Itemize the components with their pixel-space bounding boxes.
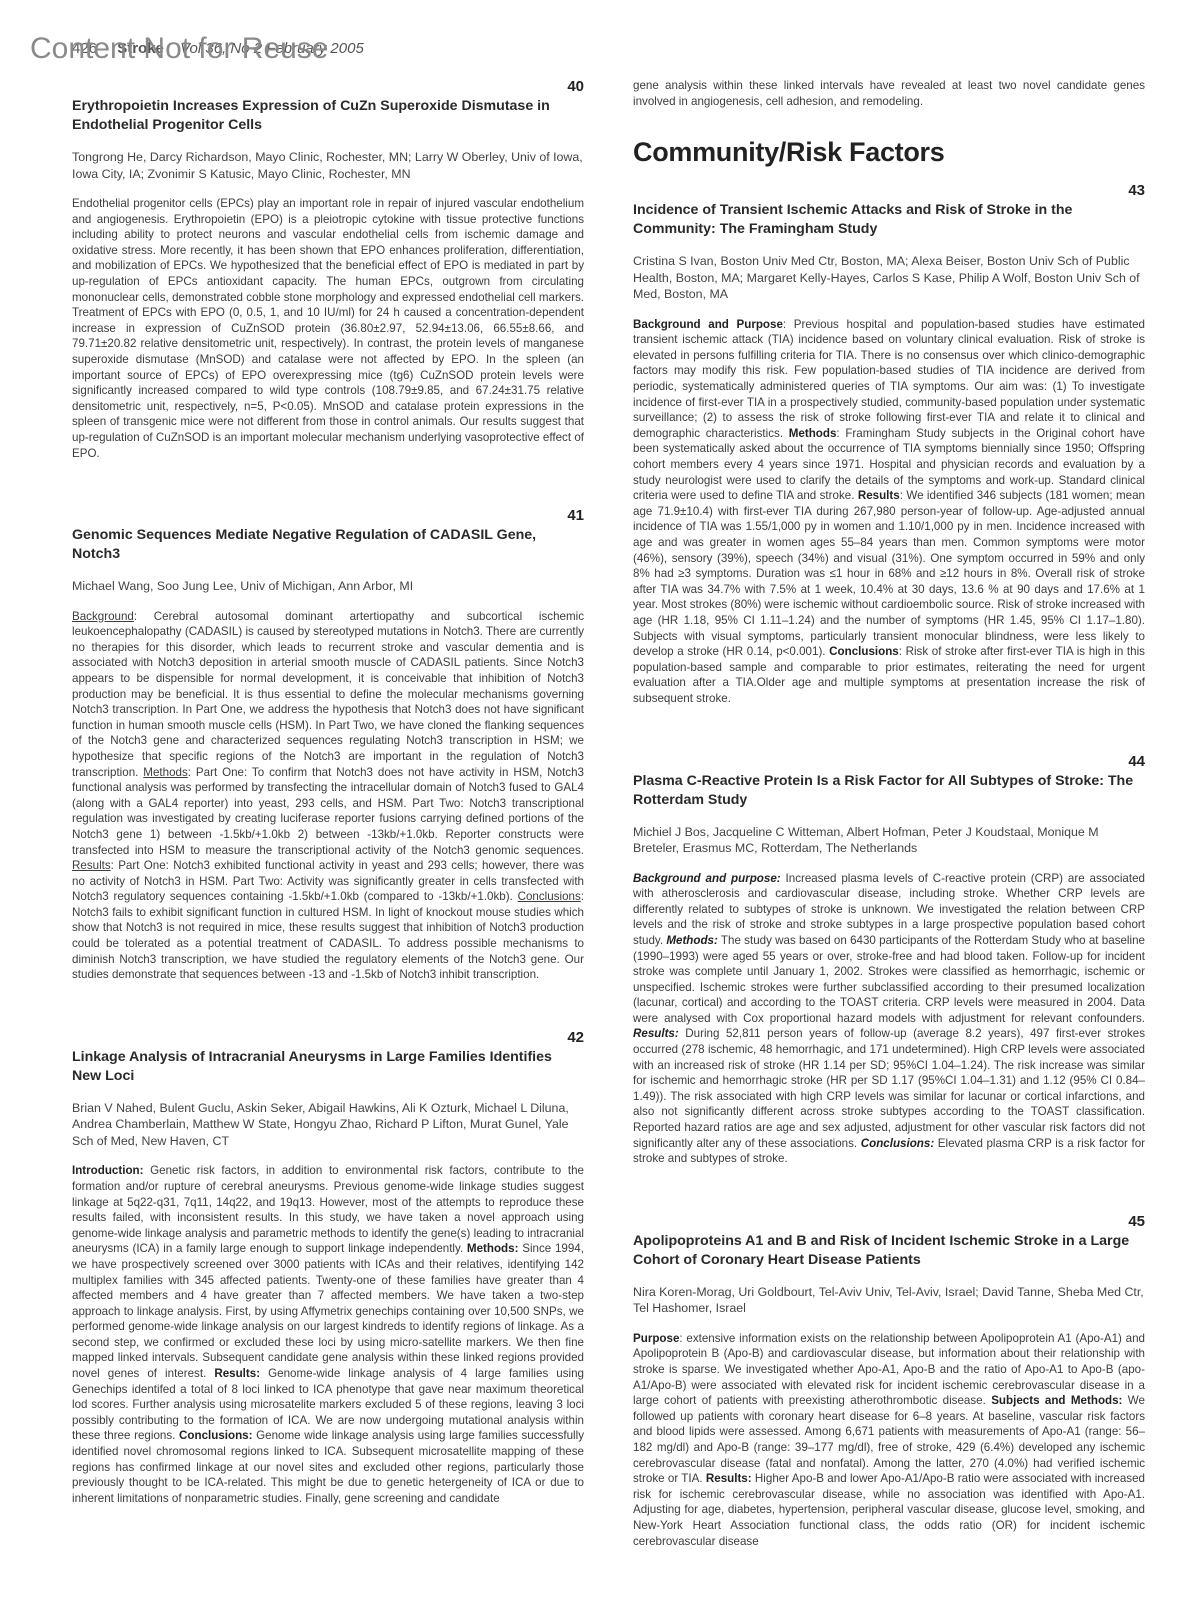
abstract-title: Plasma C-Reactive Protein Is a Risk Fact…: [633, 772, 1145, 810]
abstract-authors: Michael Wang, Soo Jung Lee, Univ of Mich…: [72, 578, 584, 595]
abstract-authors: Michiel J Bos, Jacqueline C Witteman, Al…: [633, 824, 1145, 857]
abstract-title: Genomic Sequences Mediate Negative Regul…: [72, 526, 584, 564]
abstract-body: Purpose: extensive information exists on…: [633, 1331, 1145, 1549]
abstract-title: Erythropoietin Increases Expression of C…: [72, 97, 584, 135]
section-label-conclusions: Conclusions:: [179, 1429, 252, 1442]
methods-text: : Part One: To confirm that Notch3 does …: [72, 766, 584, 857]
background-text: : Previous hospital and population-based…: [633, 318, 1145, 440]
abstract-body: Background and purpose: Increased plasma…: [633, 871, 1145, 1167]
section-label-background: Background: [72, 610, 134, 623]
abstract-45: 45 Apolipoproteins A1 and B and Risk of …: [633, 1213, 1145, 1549]
section-label-results: Results:: [633, 1027, 679, 1040]
results-text: During 52,811 person years of follow-up …: [633, 1027, 1145, 1149]
section-label-methods: Methods:: [467, 1242, 519, 1255]
section-heading: Community/Risk Factors: [633, 137, 1145, 168]
abstract-number: 41: [72, 507, 584, 524]
section-label-conclusions: Conclusions: [518, 890, 581, 903]
abstract-body: Background and Purpose: Previous hospita…: [633, 317, 1145, 707]
section-label-background: Background and purpose:: [633, 872, 781, 885]
section-label-conclusions: Conclusions: [829, 645, 899, 658]
abstract-authors: Brian V Nahed, Bulent Guclu, Askin Seker…: [72, 1100, 584, 1150]
section-label-results: Results:: [706, 1472, 752, 1485]
section-label-methods: Methods: [789, 427, 837, 440]
abstract-authors: Tongrong He, Darcy Richardson, Mayo Clin…: [72, 149, 584, 182]
section-label-methods: Methods: [143, 766, 187, 779]
left-column: 40 Erythropoietin Increases Expression o…: [72, 78, 584, 1544]
abstract-authors: Nira Koren-Morag, Uri Goldbourt, Tel-Avi…: [633, 1284, 1145, 1317]
conclusions-text: : Notch3 fails to exhibit significant fu…: [72, 890, 584, 981]
abstract-authors: Cristina S Ivan, Boston Univ Med Ctr, Bo…: [633, 253, 1145, 303]
abstract-body: Background: Cerebral autosomal dominant …: [72, 609, 584, 983]
section-label-introduction: Introduction:: [72, 1164, 143, 1177]
abstract-number: 43: [633, 182, 1145, 199]
section-label-results: Results:: [214, 1367, 260, 1380]
continued-text: gene analysis within these linked interv…: [633, 78, 1145, 109]
methods-text: The study was based on 6430 participants…: [633, 934, 1145, 1025]
abstract-body: Endothelial progenitor cells (EPCs) play…: [72, 196, 584, 461]
abstract-number: 44: [633, 753, 1145, 770]
abstract-number: 42: [72, 1029, 584, 1046]
results-text: : We identified 346 subjects (181 women;…: [633, 489, 1145, 658]
abstract-body: Introduction: Genetic risk factors, in a…: [72, 1163, 584, 1506]
results-text: : Part One: Notch3 exhibited functional …: [72, 859, 584, 903]
abstract-42: 42 Linkage Analysis of Intracranial Aneu…: [72, 1029, 584, 1507]
section-label-methods: Methods:: [666, 934, 718, 947]
abstract-43: 43 Incidence of Transient Ischemic Attac…: [633, 182, 1145, 706]
abstract-40: 40 Erythropoietin Increases Expression o…: [72, 78, 584, 461]
background-text: : Cerebral autosomal dominant artertiopa…: [72, 610, 584, 779]
abstract-number: 40: [72, 78, 584, 95]
abstract-number: 45: [633, 1213, 1145, 1230]
abstract-title: Incidence of Transient Ischemic Attacks …: [633, 201, 1145, 239]
abstract-44: 44 Plasma C-Reactive Protein Is a Risk F…: [633, 753, 1145, 1167]
abstract-title: Linkage Analysis of Intracranial Aneurys…: [72, 1048, 584, 1086]
section-label-background: Background and Purpose: [633, 318, 783, 331]
section-label-results: Results: [72, 859, 111, 872]
right-column: gene analysis within these linked interv…: [633, 78, 1145, 1587]
section-label-conclusions: Conclusions:: [861, 1137, 934, 1150]
abstract-title: Apolipoproteins A1 and B and Risk of Inc…: [633, 1232, 1145, 1270]
section-label-methods: Subjects and Methods:: [991, 1394, 1122, 1407]
watermark: Content Not for Reuse: [30, 32, 329, 66]
section-label-results: Results: [858, 489, 900, 502]
methods-text: Since 1994, we have prospectively screen…: [72, 1242, 584, 1380]
section-label-purpose: Purpose: [633, 1332, 679, 1345]
abstract-41: 41 Genomic Sequences Mediate Negative Re…: [72, 507, 584, 983]
